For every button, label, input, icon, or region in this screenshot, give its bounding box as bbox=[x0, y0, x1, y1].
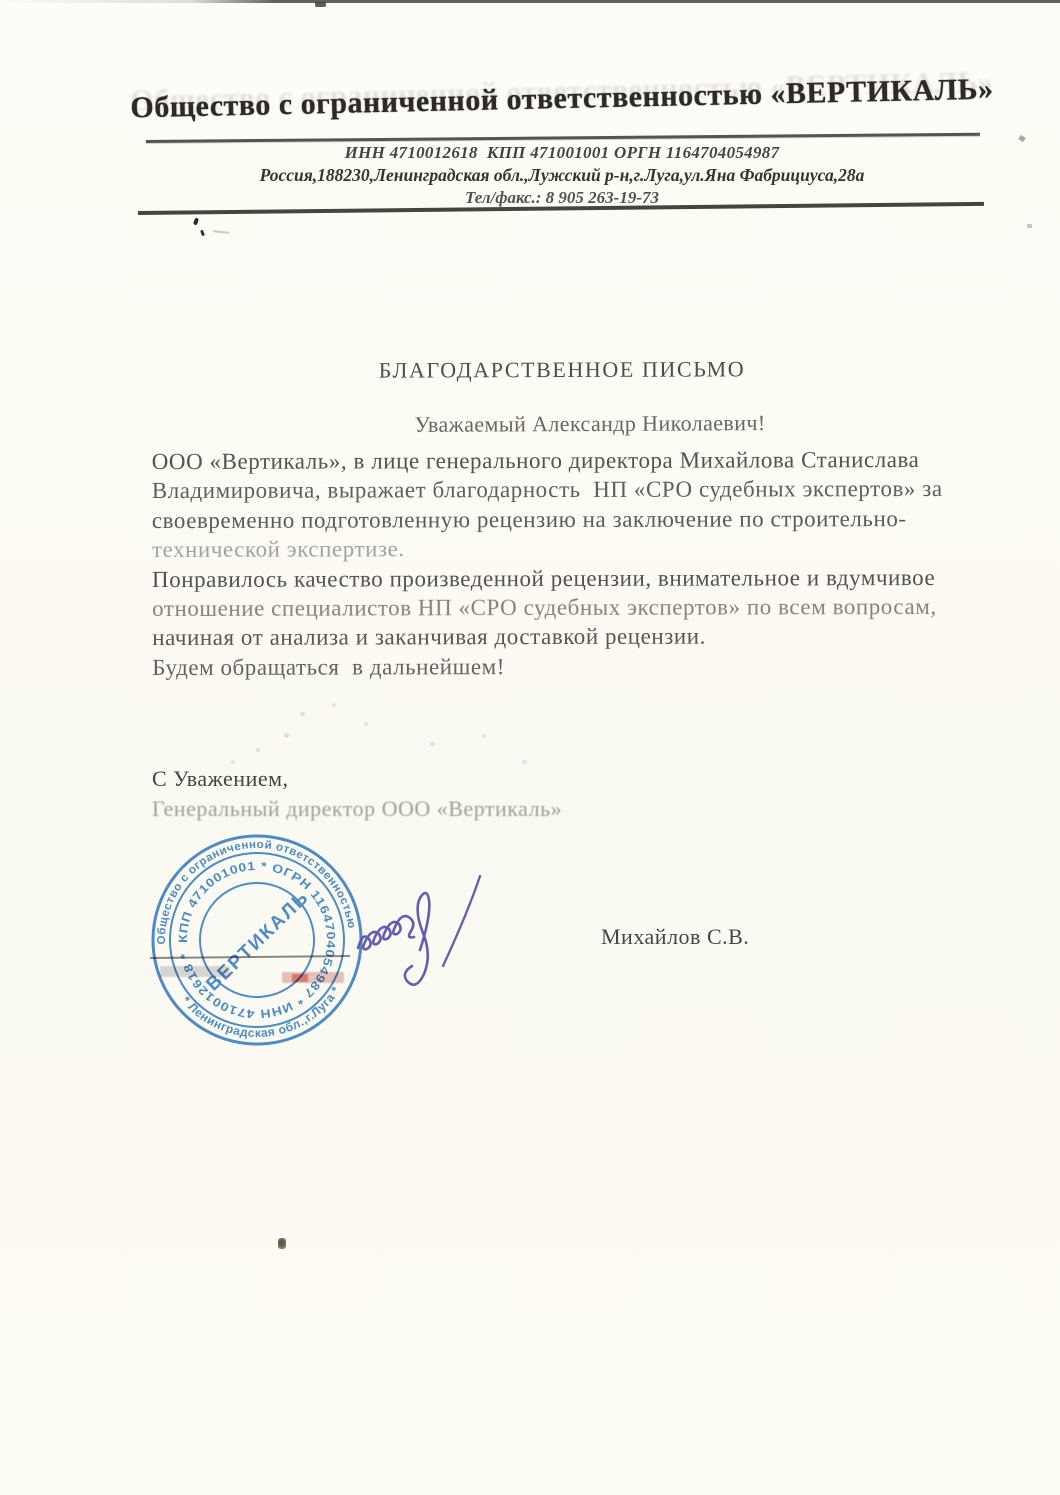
scan-speck bbox=[1027, 224, 1032, 228]
signature-slash-stroke bbox=[443, 876, 480, 966]
ink-bleedthrough-dot bbox=[364, 722, 368, 726]
ink-bleedthrough-dot bbox=[332, 703, 336, 707]
ink-bleedthrough-dot bbox=[284, 733, 289, 738]
pencil-mark bbox=[193, 218, 199, 226]
body-line: Владимировича, выражает благодарность НП… bbox=[152, 474, 943, 505]
ink-bleedthrough-dot bbox=[522, 760, 527, 764]
closing-role-line: Генеральный директор ООО «Вертикаль» bbox=[152, 796, 562, 822]
registration-numbers-line: ИНН 4710012618 КПП 471001001 ОРГН 116470… bbox=[82, 143, 1042, 163]
signer-name: Михайлов С.В. bbox=[601, 924, 749, 950]
body-line: своевременно подготовленную рецензию на … bbox=[152, 504, 943, 535]
body-line: начиная от анализа и заканчивая доставко… bbox=[152, 621, 943, 652]
company-round-stamp: Общество с ограниченной ответственностью… bbox=[143, 826, 371, 1054]
scan-speck bbox=[1018, 135, 1026, 142]
pencil-mark bbox=[213, 230, 229, 234]
ink-bleedthrough-dot bbox=[430, 742, 435, 746]
ink-bleedthrough-dot bbox=[300, 712, 305, 716]
body-line: ООО «Вертикаль», в лице генерального дир… bbox=[152, 445, 943, 476]
body-line: отношение специалистов НП «СРО судебных … bbox=[152, 592, 943, 623]
salutation-line: Уважаемый Александр Николаевич! bbox=[110, 408, 1060, 439]
ink-bleedthrough-dot bbox=[482, 734, 486, 738]
signature-loops-stroke bbox=[358, 916, 414, 949]
signature-flourish-stroke bbox=[405, 893, 429, 985]
letter-body: ООО «Вертикаль», в лице генерального дир… bbox=[152, 445, 943, 682]
ink-bleedthrough-dot bbox=[231, 760, 235, 764]
company-name-header: Общество с ограниченной ответственностью… bbox=[82, 72, 1043, 127]
closing-line: С Уважением, bbox=[152, 766, 289, 792]
scan-speck bbox=[315, 2, 326, 7]
stamp-center-text: ВЕРТИКАЛЬ bbox=[202, 887, 313, 996]
scanned-letter-page: Общество с ограниченной ответственностью… bbox=[0, 0, 1060, 1495]
letter-title: БЛАГОДАРСТВЕННОЕ ПИСЬМО bbox=[82, 355, 1042, 384]
body-line: Понравилось качество произведенной рецен… bbox=[152, 563, 943, 594]
body-line: Будем обращаться в дальнейшем! bbox=[152, 651, 943, 682]
pencil-mark bbox=[200, 230, 205, 237]
ink-bleedthrough-dot bbox=[256, 748, 260, 752]
company-address-line: Россия,188230,Ленинградская обл.,Лужский… bbox=[82, 165, 1042, 186]
scan-edge-artifact bbox=[0, 0, 1060, 3]
body-line: технической экспертизе. bbox=[152, 533, 943, 564]
letterhead-divider-thin bbox=[146, 133, 980, 143]
handwritten-signature bbox=[352, 870, 492, 1018]
paper-speck bbox=[278, 1238, 286, 1249]
